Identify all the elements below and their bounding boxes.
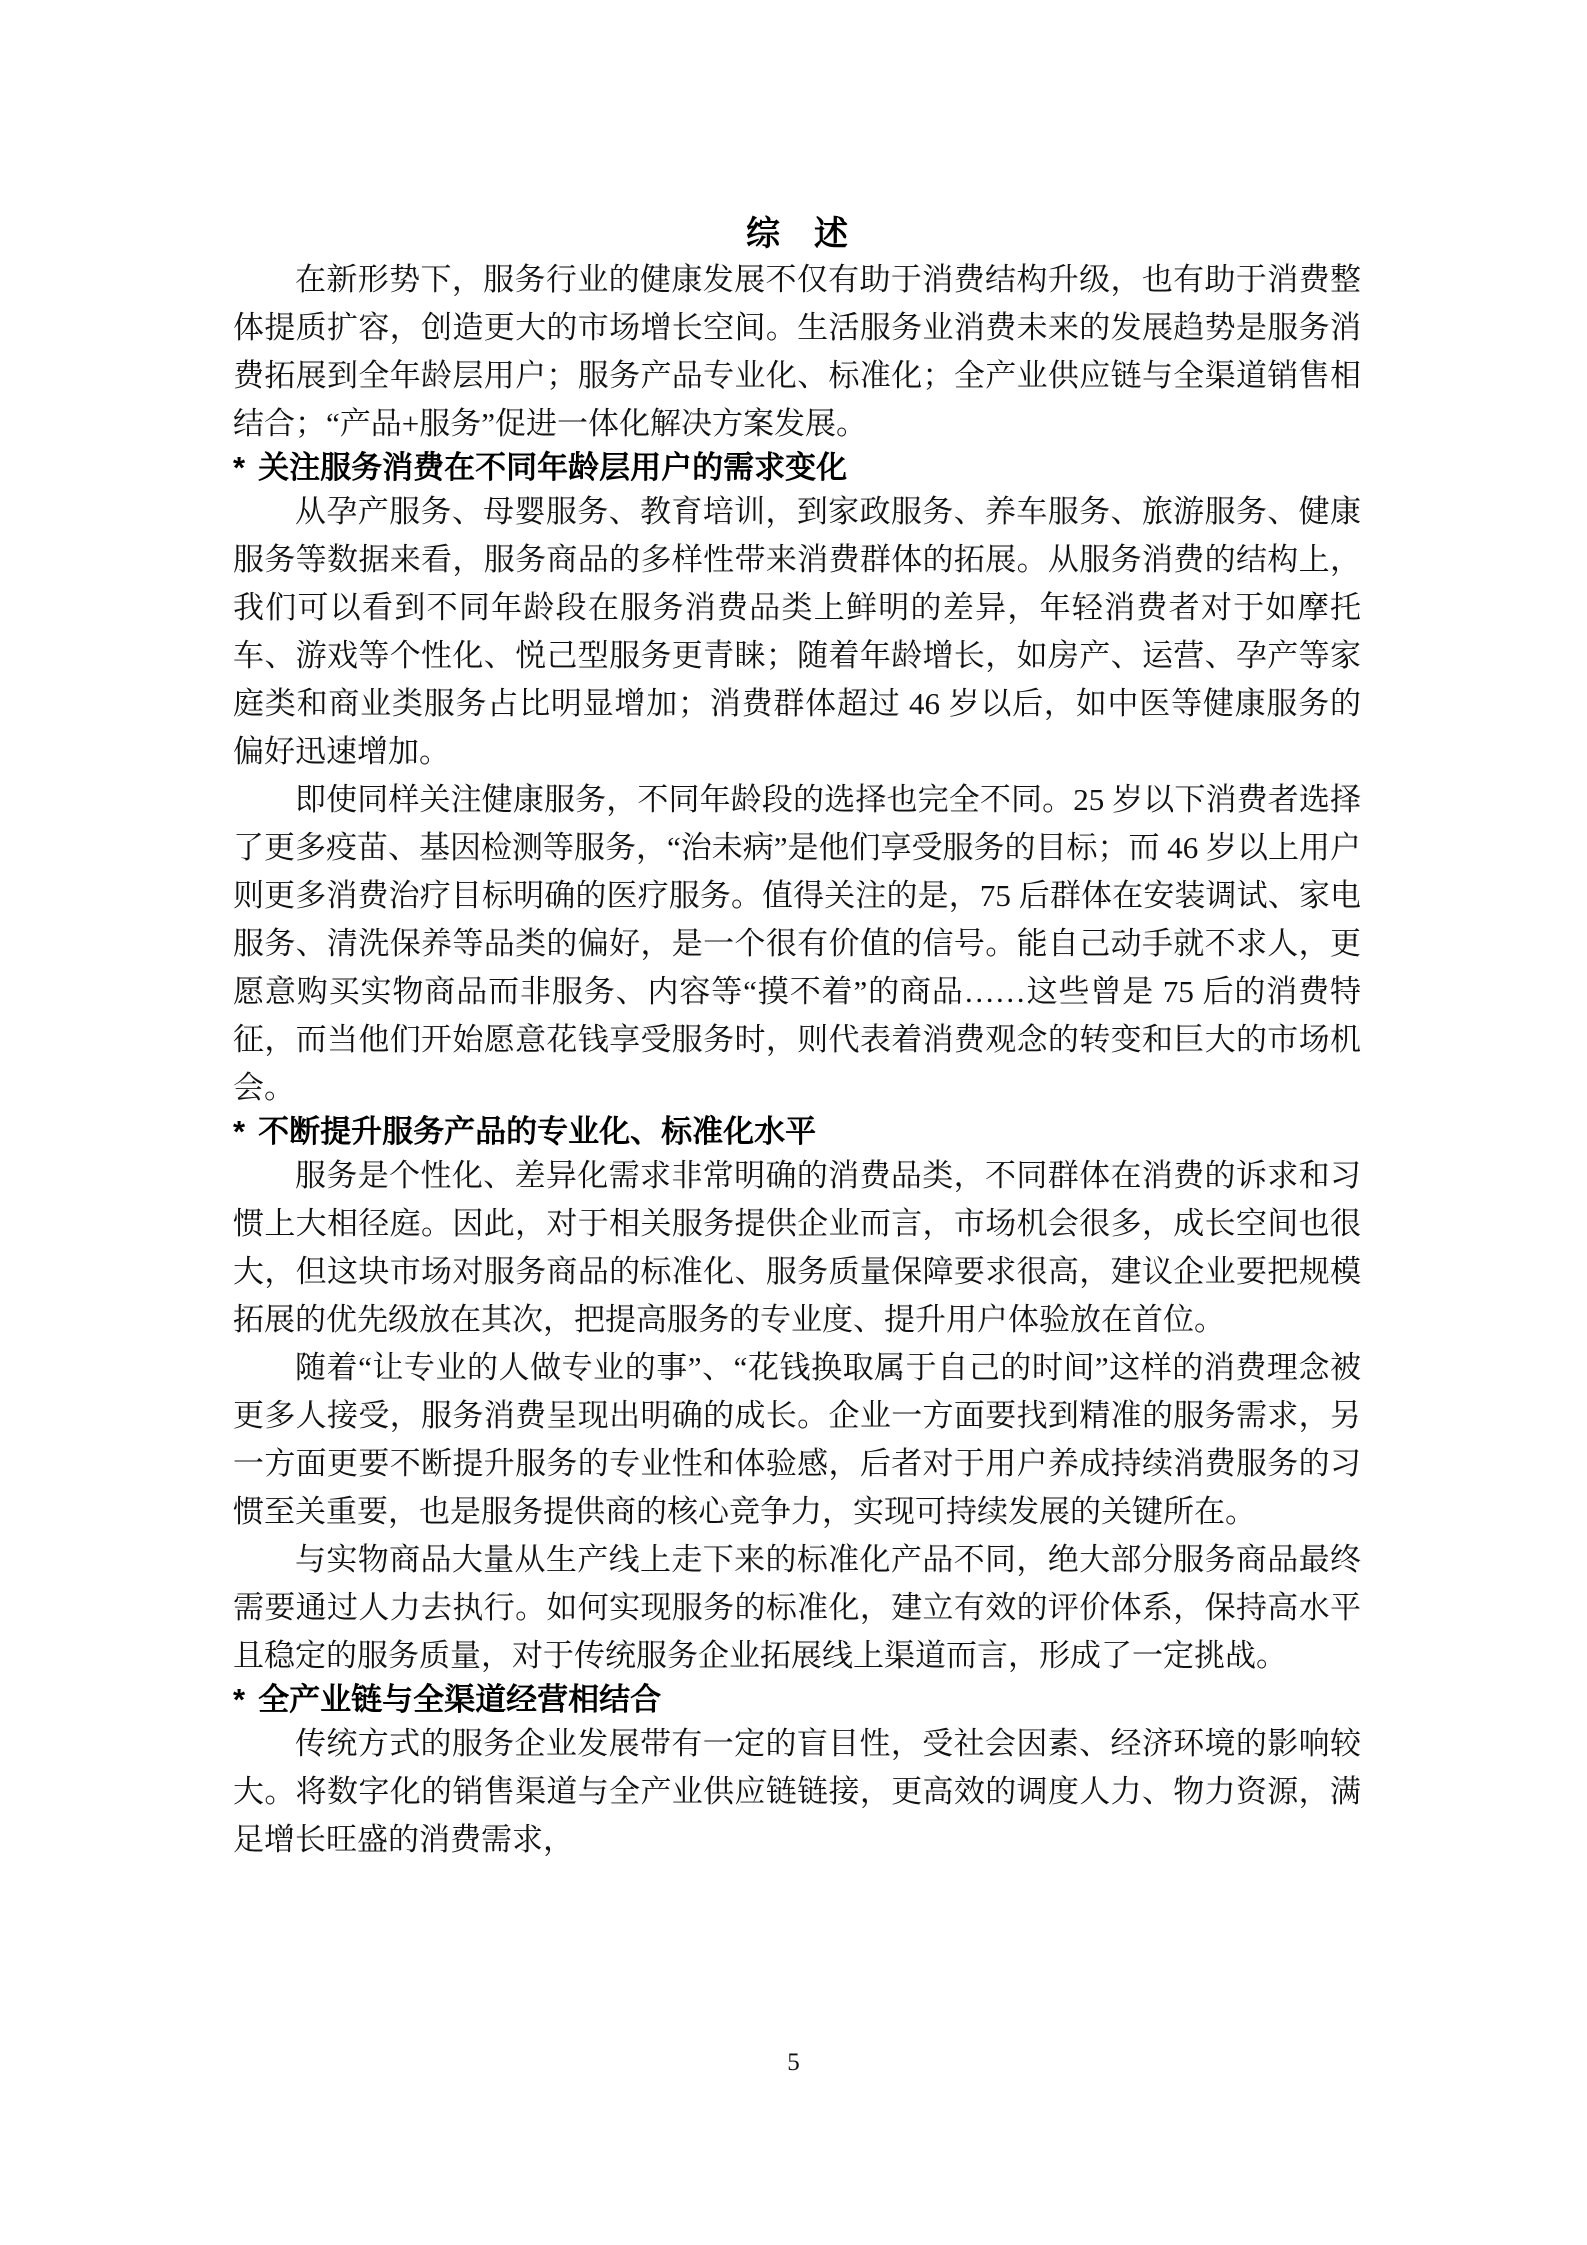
section-3-paragraph-1: 传统方式的服务企业发展带有一定的盲目性，受社会因素、经济环境的影响较大。将数字化…	[233, 1720, 1361, 1864]
section-heading-3-text: 全产业链与全渠道经营相结合	[258, 1682, 661, 1717]
section-heading-2: *不断提升服务产品的专业化、标准化水平	[233, 1112, 1361, 1152]
page-number: 5	[0, 2048, 1587, 2078]
document-page: 综 述 在新形势下，服务行业的健康发展不仅有助于消费结构升级，也有助于消费整体提…	[0, 0, 1587, 2245]
heading-bullet-icon: *	[233, 1112, 245, 1152]
section-heading-2-text: 不断提升服务产品的专业化、标准化水平	[258, 1114, 816, 1149]
section-1-paragraph-2: 即使同样关注健康服务，不同年龄段的选择也完全不同。25 岁以下消费者选择了更多疫…	[233, 776, 1361, 1112]
section-2-paragraph-1: 服务是个性化、差异化需求非常明确的消费品类，不同群体在消费的诉求和习惯上大相径庭…	[233, 1152, 1361, 1344]
intro-paragraph: 在新形势下，服务行业的健康发展不仅有助于消费结构升级，也有助于消费整体提质扩容，…	[233, 256, 1361, 448]
section-heading-1-text: 关注服务消费在不同年龄层用户的需求变化	[258, 450, 847, 485]
heading-bullet-icon: *	[233, 1680, 245, 1720]
section-1-paragraph-1: 从孕产服务、母婴服务、教育培训，到家政服务、养车服务、旅游服务、健康服务等数据来…	[233, 488, 1361, 776]
section-2-paragraph-3: 与实物商品大量从生产线上走下来的标准化产品不同，绝大部分服务商品最终需要通过人力…	[233, 1536, 1361, 1680]
section-heading-3: *全产业链与全渠道经营相结合	[233, 1680, 1361, 1720]
document-content: 综 述 在新形势下，服务行业的健康发展不仅有助于消费结构升级，也有助于消费整体提…	[233, 0, 1361, 1864]
section-2-paragraph-2: 随着“让专业的人做专业的事”、“花钱换取属于自己的时间”这样的消费理念被更多人接…	[233, 1344, 1361, 1536]
section-heading-1: *关注服务消费在不同年龄层用户的需求变化	[233, 448, 1361, 488]
page-title: 综 述	[233, 212, 1361, 256]
heading-bullet-icon: *	[233, 448, 245, 488]
